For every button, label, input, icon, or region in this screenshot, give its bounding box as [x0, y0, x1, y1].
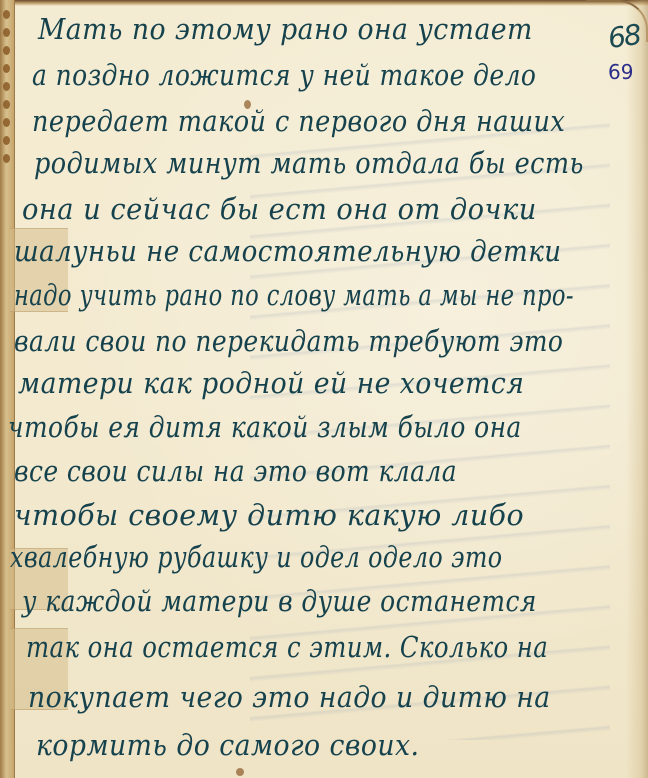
original-page-number: 68	[606, 18, 642, 55]
ink-stain	[236, 768, 244, 776]
text-line: чтобы ея дитя какой злым было она	[8, 410, 522, 444]
text-line: у каждой матери в душе останется	[22, 584, 537, 618]
manuscript-page: 68 69 Мать по этому рано она устает а по…	[0, 0, 648, 778]
renumbered-page-number: 69	[608, 60, 633, 84]
text-line: хвалебную рубашку и одел одело это	[10, 540, 503, 574]
text-line: родимых минут мать отдала бы есть	[34, 146, 584, 180]
text-line: вали свои по перекидать требуют это	[14, 324, 563, 358]
text-line: передает такой с первого дня наших	[32, 104, 565, 138]
binding-stitch-holes	[2, 10, 12, 190]
text-line: кормить до самого своих.	[36, 728, 419, 762]
text-line: надо учить рано по слову мать а мы не пр…	[14, 278, 574, 312]
page-top-edge	[0, 0, 648, 6]
text-line: а поздно ложится у ней такое дело	[32, 58, 536, 92]
text-line: Мать по этому рано она устает	[38, 12, 533, 46]
text-line: шалуньи не самостоятельную детки	[14, 234, 562, 268]
text-line: она и сейчас бы ест она от дочки	[22, 192, 537, 226]
text-line: покупает чего это надо и дитю на	[28, 680, 551, 714]
text-line: чтобы своему дитю какую либо	[14, 498, 524, 532]
text-line: все свои силы на это вот клала	[14, 454, 457, 488]
page-right-edge	[626, 0, 648, 778]
text-line: матери как родной ей не хочется	[18, 366, 524, 400]
text-line: так она остается с этим. Сколько на	[26, 630, 548, 664]
